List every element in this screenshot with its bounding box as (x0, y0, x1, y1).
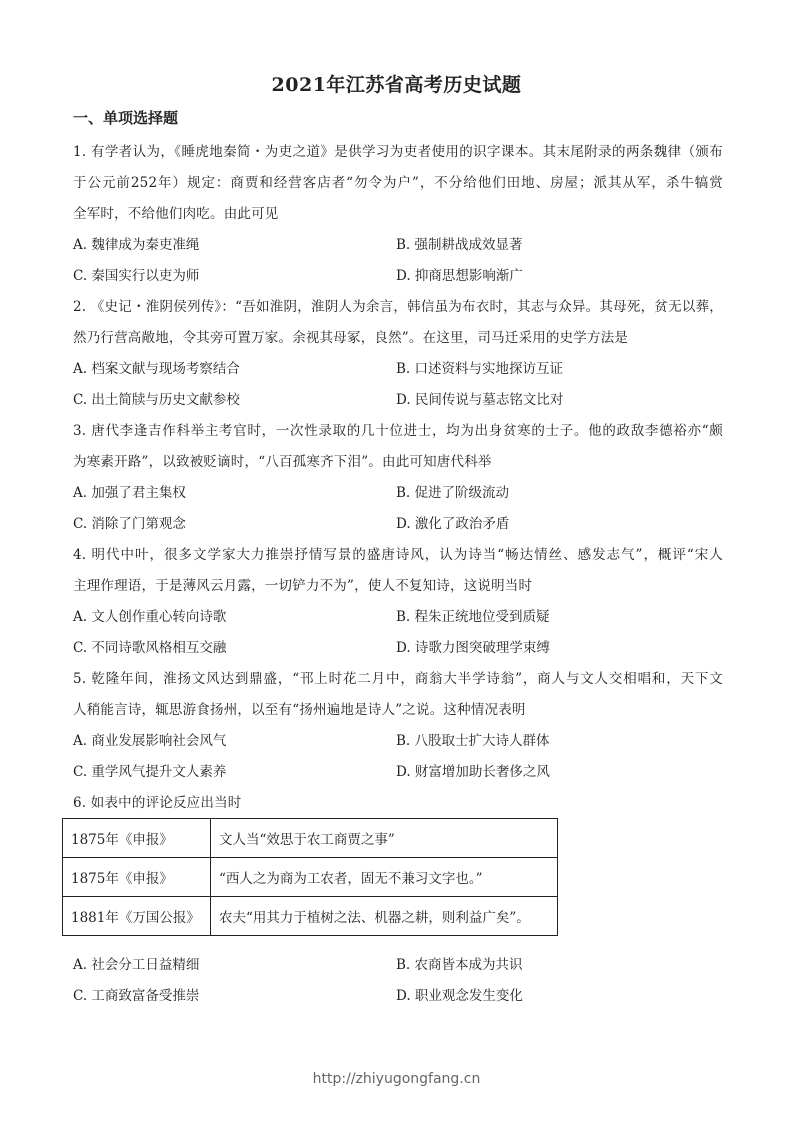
question-2-option-d: D. 民间传说与墓志铭文比对 (396, 390, 563, 410)
question-1-line-1: 1. 有学者认为，《睡虎地秦简・为吏之道》是供学习为吏者使用的识字课本。其末尾附… (73, 142, 723, 162)
question-5-option-a: A. 商业发展影响社会风气 (73, 731, 226, 751)
table-row: 1875年《申报》 文人当“效思于农工商贾之事” (63, 819, 558, 858)
question-4-line-2: 主理作理语，于是薄风云月露，一切铲力不为”，使人不复知诗，这说明当时 (73, 576, 723, 596)
question-5-line-1: 5. 乾隆年间，淮扬文风达到鼎盛，“邗上时花二月中，商翁大半学诗翁”，商人与文人… (73, 669, 723, 689)
question-2-option-a: A. 档案文献与现场考察结合 (73, 359, 240, 379)
table-cell-quote: 文人当“效思于农工商贾之事” (211, 819, 558, 858)
table-row: 1875年《申报》 “西人之为商为工农者，固无不兼习文字也。” (63, 858, 558, 897)
question-1-line-3: 全军时，不给他们肉吃。由此可见 (73, 204, 723, 224)
question-1-option-b: B. 强制耕战成效显著 (396, 235, 523, 255)
footer-url: http://zhiyugongfang.cn (0, 1071, 793, 1087)
question-5-option-d: D. 财富增加助长奢侈之风 (396, 762, 550, 782)
question-3-line-2: 为寒素开路”，以致被贬谪时，“八百孤寒齐下泪”。由此可知唐代科举 (73, 452, 723, 472)
question-2-option-b: B. 口述资料与实地探访互证 (396, 359, 563, 379)
question-5-option-c: C. 重学风气提升文人素养 (73, 762, 226, 782)
question-5-line-2: 人稍能言诗，辄思游食扬州，以至有“扬州遍地是诗人”之说。这种情况表明 (73, 700, 723, 720)
table-cell-source: 1875年《申报》 (63, 858, 211, 897)
section-heading: 一、单项选择题 (73, 107, 178, 128)
question-3-line-1: 3. 唐代李逢吉作科举主考官时，一次性录取的几十位进士，均为出身贫寒的士子。他的… (73, 421, 723, 441)
question-6-option-d: D. 职业观念发生变化 (396, 986, 523, 1006)
table-row: 1881年《万国公报》 农夫“用其力于植树之法、机器之耕，则利益广矣”。 (63, 897, 558, 936)
question-4-line-1: 4. 明代中叶，很多文学家大力推崇抒情写景的盛唐诗风，认为诗当“畅达情丝、感发志… (73, 545, 723, 565)
question-1-line-2: 于公元前252年）规定：商贾和经营客店者“勿令为户”，不分给他们田地、房屋；派其… (73, 173, 723, 193)
question-4-option-a: A. 文人创作重心转向诗歌 (73, 607, 226, 627)
question-4-option-d: D. 诗歌力图突破理学束缚 (396, 638, 550, 658)
table-cell-quote: 农夫“用其力于植树之法、机器之耕，则利益广矣”。 (211, 897, 558, 936)
question-1-option-d: D. 抑商思想影响渐广 (396, 266, 523, 286)
question-2-line-1: 2. 《史记・淮阴侯列传》：“吾如淮阴，淮阴人为余言，韩信虽为布衣时，其志与众异… (73, 297, 723, 317)
question-4-option-b: B. 程朱正统地位受到质疑 (396, 607, 550, 627)
table-cell-source: 1875年《申报》 (63, 819, 211, 858)
question-4-option-c: C. 不同诗歌风格相互交融 (73, 638, 226, 658)
question-6-table: 1875年《申报》 文人当“效思于农工商贾之事” 1875年《申报》 “西人之为… (62, 818, 558, 936)
question-6-line-1: 6. 如表中的评论反应出当时 (73, 793, 723, 813)
page-title: 2021年江苏省高考历史试题 (0, 70, 793, 97)
table-cell-source: 1881年《万国公报》 (63, 897, 211, 936)
question-2-option-c: C. 出土简牍与历史文献参校 (73, 390, 240, 410)
question-3-option-b: B. 促进了阶级流动 (396, 483, 509, 503)
question-1-option-a: A. 魏律成为秦吏准绳 (73, 235, 199, 255)
question-1-option-c: C. 秦国实行以吏为师 (73, 266, 199, 286)
question-6-option-c: C. 工商致富备受推崇 (73, 986, 199, 1006)
question-3-option-d: D. 激化了政治矛盾 (396, 514, 509, 534)
question-3-option-a: A. 加强了君主集权 (73, 483, 186, 503)
question-5-option-b: B. 八股取士扩大诗人群体 (396, 731, 550, 751)
question-6-option-a: A. 社会分工日益精细 (73, 955, 199, 975)
table-cell-quote: “西人之为商为工农者，固无不兼习文字也。” (211, 858, 558, 897)
question-3-option-c: C. 消除了门第观念 (73, 514, 186, 534)
question-6-option-b: B. 农商皆本成为共识 (396, 955, 523, 975)
question-2-line-2: 然乃行营高敞地，令其旁可置万家。余视其母冢，良然”。在这里，司马迁采用的史学方法… (73, 328, 723, 348)
